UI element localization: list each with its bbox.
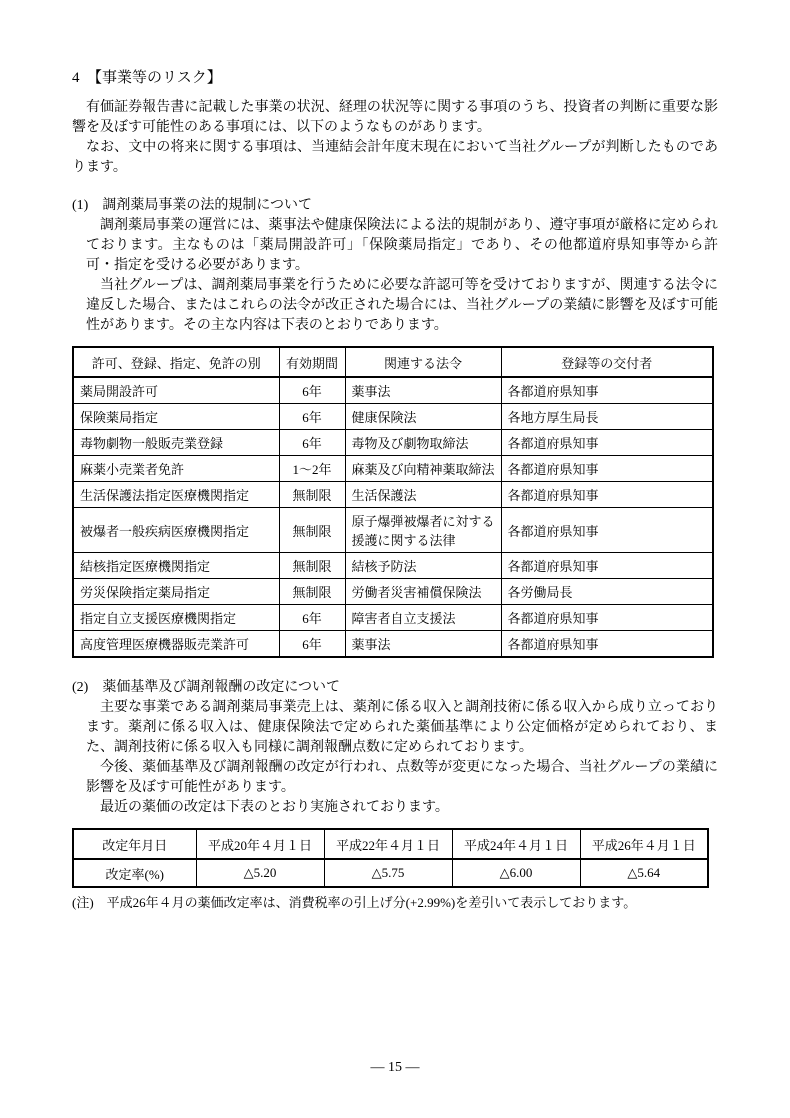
table-row: 指定自立支援医療機関指定 6年 障害者自立支援法 各都道府県知事 (73, 605, 713, 631)
section2-paragraph-3: 最近の薬価の改定は下表のとおり実施されております。 (86, 798, 718, 818)
cell-related-law: 結核予防法 (345, 553, 501, 579)
table-row: 結核指定医療機関指定 無制限 結核予防法 各都道府県知事 (73, 553, 713, 579)
cell-validity: 6年 (279, 605, 345, 631)
cell-issuer: 各労働局長 (501, 579, 713, 605)
cell-license-type: 結核指定医療機関指定 (73, 553, 279, 579)
cell-rate-h22: △5.75 (324, 859, 452, 887)
cell-issuer: 各都道府県知事 (501, 377, 713, 404)
section-legal-regulation: (1) 調剤薬局事業の法的規制について 調剤薬局事業の運営には、薬事法や健康保険… (72, 196, 718, 658)
cell-related-law: 薬事法 (345, 631, 501, 658)
document-page: 4 【事業等のリスク】 有価証券報告書に記載した事業の状況、経理の状況等に関する… (0, 0, 790, 1118)
cell-license-type: 麻薬小売業者免許 (73, 456, 279, 482)
footer-page-number: ― 15 ― (0, 1060, 790, 1076)
cell-issuer: 各都道府県知事 (501, 482, 713, 508)
cell-rate-h24: △6.00 (452, 859, 580, 887)
cell-validity: 1～2年 (279, 456, 345, 482)
intro-paragraph-2: なお、文中の将来に関する事項は、当連結会計年度末現在において当社グループが判断し… (72, 138, 718, 178)
section2-paragraph-2: 今後、薬価基準及び調剤報酬の改定が行われ、点数等が変更になった場合、当社グループ… (86, 758, 718, 798)
section1-title: (1) 調剤薬局事業の法的規制について (72, 196, 718, 216)
cell-issuer: 各都道府県知事 (501, 605, 713, 631)
cell-validity: 6年 (279, 631, 345, 658)
cell-license-type: 毒物劇物一般販売業登録 (73, 430, 279, 456)
page-title: 4 【事業等のリスク】 (72, 68, 718, 88)
table-row: 被爆者一般疾病医療機関指定 無制限 原子爆弾被爆者に対する援護に関する法律 各都… (73, 508, 713, 553)
section2-title: (2) 薬価基準及び調剤報酬の改定について (72, 678, 718, 698)
header-cell-license-type: 許可、登録、指定、免許の別 (73, 347, 279, 377)
header-cell-related-law: 関連する法令 (345, 347, 501, 377)
cell-license-type: 生活保護法指定医療機関指定 (73, 482, 279, 508)
revision-table-header-row: 改定年月日 平成20年４月１日 平成22年４月１日 平成24年４月１日 平成26… (73, 829, 708, 859)
header-cell-date-h24: 平成24年４月１日 (452, 829, 580, 859)
cell-validity: 無制限 (279, 553, 345, 579)
header-cell-date-h22: 平成22年４月１日 (324, 829, 452, 859)
cell-related-law: 薬事法 (345, 377, 501, 404)
revision-rate-table: 改定年月日 平成20年４月１日 平成22年４月１日 平成24年４月１日 平成26… (72, 828, 709, 888)
header-cell-date-h20: 平成20年４月１日 (196, 829, 324, 859)
header-cell-date-h26: 平成26年４月１日 (580, 829, 708, 859)
table-footnote: (注) 平成26年４月の薬価改定率は、消費税率の引上げ分(+2.99%)を差引い… (72, 893, 718, 912)
table-row: 労災保険指定薬局指定 無制限 労働者災害補償保険法 各労働局長 (73, 579, 713, 605)
header-cell-issuer: 登録等の交付者 (501, 347, 713, 377)
cell-validity: 6年 (279, 377, 345, 404)
license-table: 許可、登録、指定、免許の別 有効期間 関連する法令 登録等の交付者 薬局開設許可… (72, 346, 714, 658)
cell-license-type: 高度管理医療機器販売業許可 (73, 631, 279, 658)
section2-paragraph-1: 主要な事業である調剤薬局事業売上は、薬剤に係る収入と調剤技術に係る収入から成り立… (86, 698, 718, 758)
table-row: 生活保護法指定医療機関指定 無制限 生活保護法 各都道府県知事 (73, 482, 713, 508)
cell-issuer: 各都道府県知事 (501, 456, 713, 482)
table-row: 保険薬局指定 6年 健康保険法 各地方厚生局長 (73, 404, 713, 430)
cell-issuer: 各都道府県知事 (501, 508, 713, 553)
cell-related-law: 障害者自立支援法 (345, 605, 501, 631)
table-row: 薬局開設許可 6年 薬事法 各都道府県知事 (73, 377, 713, 404)
cell-license-type: 被爆者一般疾病医療機関指定 (73, 508, 279, 553)
cell-revision-rate-label: 改定率(%) (73, 859, 196, 887)
cell-related-law: 麻薬及び向精神薬取締法 (345, 456, 501, 482)
cell-related-law: 毒物及び劇物取締法 (345, 430, 501, 456)
section1-paragraph-2: 当社グループは、調剤薬局事業を行うために必要な許認可等を受けておりますが、関連す… (86, 276, 718, 336)
section-drug-price-revision: (2) 薬価基準及び調剤報酬の改定について 主要な事業である調剤薬局事業売上は、… (72, 678, 718, 912)
cell-rate-h20: △5.20 (196, 859, 324, 887)
header-cell-validity: 有効期間 (279, 347, 345, 377)
cell-validity: 6年 (279, 404, 345, 430)
table-row: 改定率(%) △5.20 △5.75 △6.00 △5.64 (73, 859, 708, 887)
cell-issuer: 各都道府県知事 (501, 430, 713, 456)
cell-related-law: 労働者災害補償保険法 (345, 579, 501, 605)
cell-related-law: 健康保険法 (345, 404, 501, 430)
cell-validity: 6年 (279, 430, 345, 456)
table-row: 毒物劇物一般販売業登録 6年 毒物及び劇物取締法 各都道府県知事 (73, 430, 713, 456)
cell-issuer: 各都道府県知事 (501, 631, 713, 658)
cell-issuer: 各都道府県知事 (501, 553, 713, 579)
cell-validity: 無制限 (279, 508, 345, 553)
cell-license-type: 保険薬局指定 (73, 404, 279, 430)
cell-license-type: 労災保険指定薬局指定 (73, 579, 279, 605)
table-row: 高度管理医療機器販売業許可 6年 薬事法 各都道府県知事 (73, 631, 713, 658)
cell-issuer: 各地方厚生局長 (501, 404, 713, 430)
cell-validity: 無制限 (279, 482, 345, 508)
license-table-header-row: 許可、登録、指定、免許の別 有効期間 関連する法令 登録等の交付者 (73, 347, 713, 377)
section1-paragraph-1: 調剤薬局事業の運営には、薬事法や健康保険法による法的規制があり、遵守事項が厳格に… (86, 216, 718, 276)
cell-related-law: 生活保護法 (345, 482, 501, 508)
cell-related-law: 原子爆弾被爆者に対する援護に関する法律 (345, 508, 501, 553)
header-cell-revision-date: 改定年月日 (73, 829, 196, 859)
cell-rate-h26: △5.64 (580, 859, 708, 887)
intro-paragraph-1: 有価証券報告書に記載した事業の状況、経理の状況等に関する事項のうち、投資者の判断… (72, 98, 718, 138)
cell-validity: 無制限 (279, 579, 345, 605)
cell-license-type: 薬局開設許可 (73, 377, 279, 404)
table-row: 麻薬小売業者免許 1～2年 麻薬及び向精神薬取締法 各都道府県知事 (73, 456, 713, 482)
cell-license-type: 指定自立支援医療機関指定 (73, 605, 279, 631)
